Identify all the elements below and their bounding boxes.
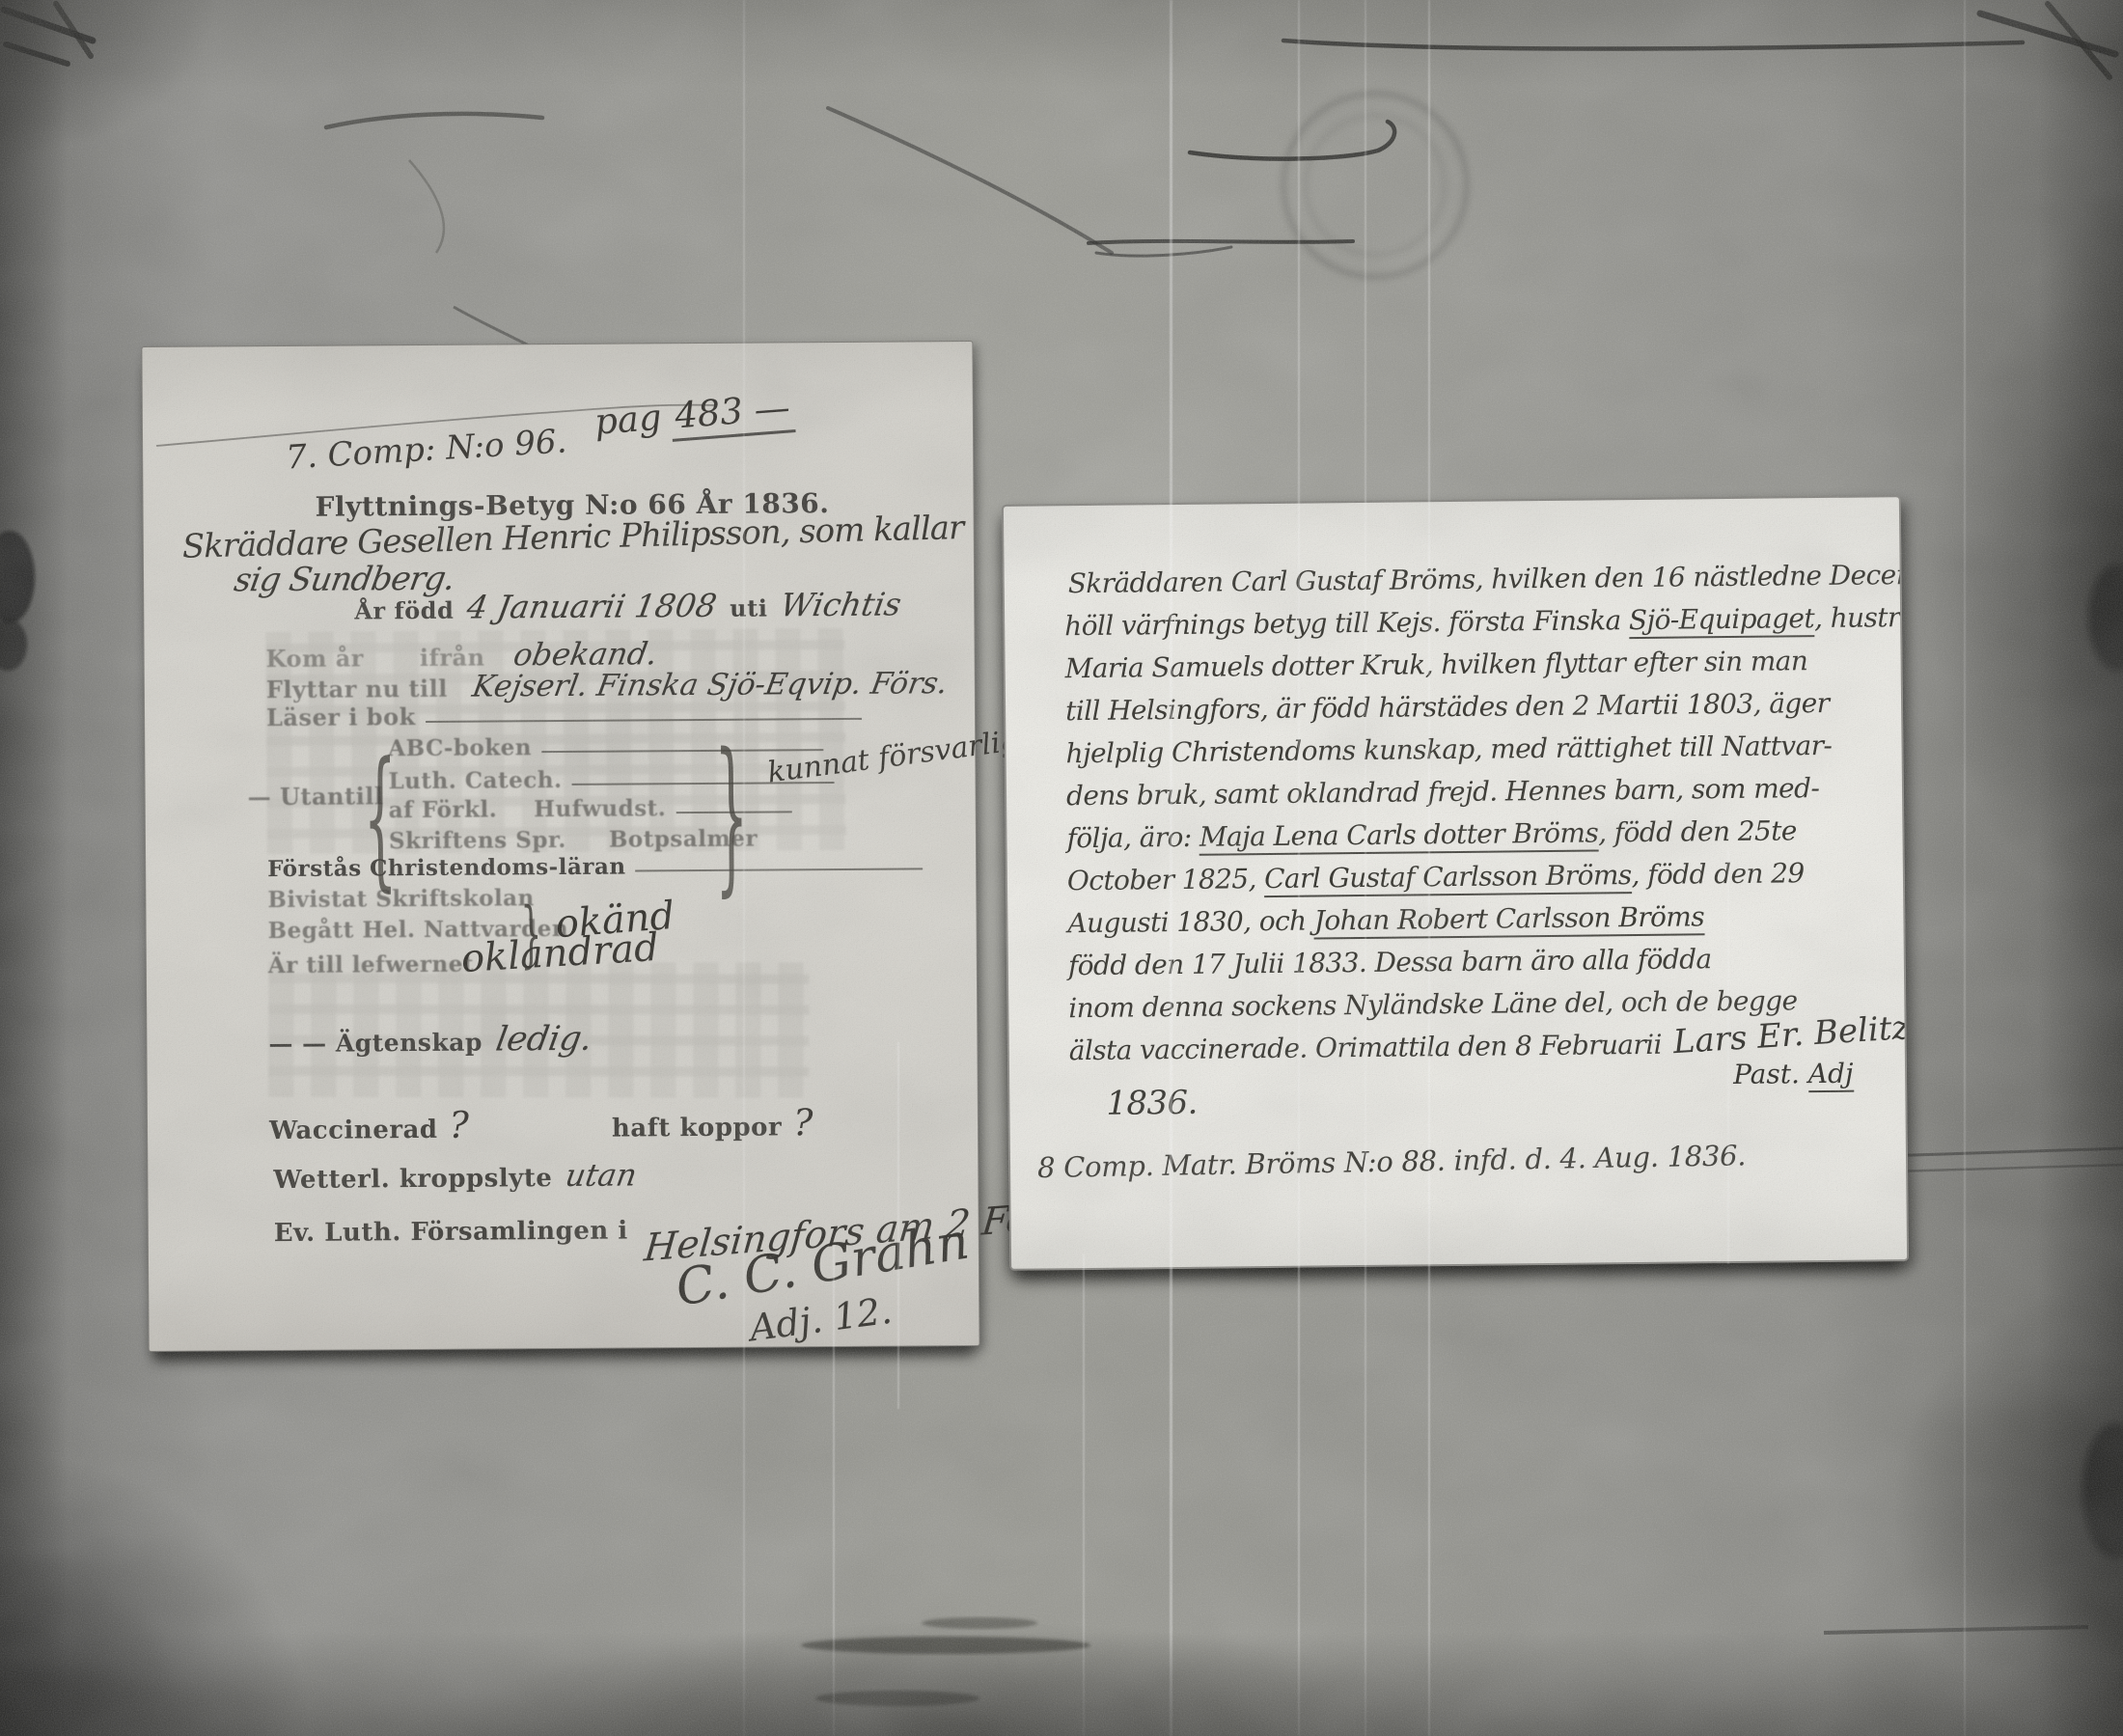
handwritten-line: hjelplig Christendoms kunskap, med rätti…	[1065, 730, 1832, 769]
page-number-note: pag483 —	[593, 386, 796, 443]
handwritten-line: Maria Samuels dotter Kruk, hvilken flytt…	[1064, 645, 1807, 684]
form-rule	[541, 748, 823, 753]
year-line: 1836.	[1106, 1084, 1198, 1123]
film-scratch	[1083, 1254, 1085, 1736]
handwritten-line: följa, äro: Maja Lena Carls dotter Bröms…	[1066, 814, 1797, 854]
reads-in-book-row: Läser i bok	[266, 700, 862, 731]
company-number-note: 7. Comp: N:o 96.	[285, 422, 567, 477]
handwritten-line: Skräddaren Carl Gustaf Bröms, hvilken de…	[1068, 558, 1910, 599]
scripture-row: Skriftens Spr.Botpsalmer	[389, 826, 758, 855]
holder-name-line: Skräddare Gesellen Henric Philipsson, so…	[181, 509, 963, 566]
bodily-defect-row: Wetterl. kroppslyteutan	[273, 1156, 636, 1196]
handwritten-line: älsta vaccinerade. Orimattila den 8 Febr…	[1069, 1029, 1662, 1066]
left-document-flyttnings-betyg: 7. Comp: N:o 96. pag483 — Flyttnings-Bet…	[141, 341, 979, 1352]
closing-brace	[714, 718, 749, 913]
abc-book-row: ABC-boken	[388, 732, 823, 761]
handwritten-line: född den 17 Julii 1833. Dessa barn äro a…	[1068, 943, 1712, 981]
understands-christianity-row: Förstås Christendoms-läran	[267, 851, 924, 882]
handwritten-line: October 1825, Carl Gustaf Carlsson Bröms…	[1067, 857, 1805, 896]
conduct-row: Är till lefwernet	[268, 951, 474, 978]
film-scratch	[1964, 0, 1966, 1736]
handwritten-line: dens bruk, samt oklandrad frejd. Hennes …	[1066, 772, 1820, 812]
photo-background: 7. Comp: N:o 96. pag483 — Flyttnings-Bet…	[0, 0, 2123, 1736]
form-rule	[426, 717, 862, 723]
handwritten-line: höll värfnings betyg till Kejs. första F…	[1064, 601, 1909, 642]
signature-title: Past. Adj	[1733, 1058, 1854, 1090]
right-document-certificate: Skräddaren Carl Gustaf Bröms, hvilken de…	[1002, 495, 1909, 1271]
attended-confirmation-school-label: Bivistat Skriftskolan	[267, 885, 535, 913]
vaccination-row: Waccinerad?haft koppor?	[269, 1101, 813, 1147]
birth-row: År född4 Januarii 1808utiWichtis	[354, 585, 915, 626]
smallpox-group: haft koppor?	[612, 1113, 813, 1143]
registry-footer-note: 8 Comp. Matr. Bröms N:o 88. infd. d. 4. …	[1037, 1139, 1747, 1184]
form-rule	[636, 867, 924, 871]
by-heart-label: — Utantill	[248, 782, 384, 811]
handwritten-line: till Helsingfors, är född härstädes den …	[1065, 687, 1830, 727]
handwritten-line: inom denna sockens Nyländske Läne del, o…	[1068, 984, 1797, 1024]
embossed-circle-mark	[1283, 94, 1467, 277]
handwritten-line: Augusti 1830, och Johan Robert Carlsson …	[1067, 900, 1704, 939]
marriage-row: — — Ägtenskapledig.	[268, 1020, 592, 1061]
